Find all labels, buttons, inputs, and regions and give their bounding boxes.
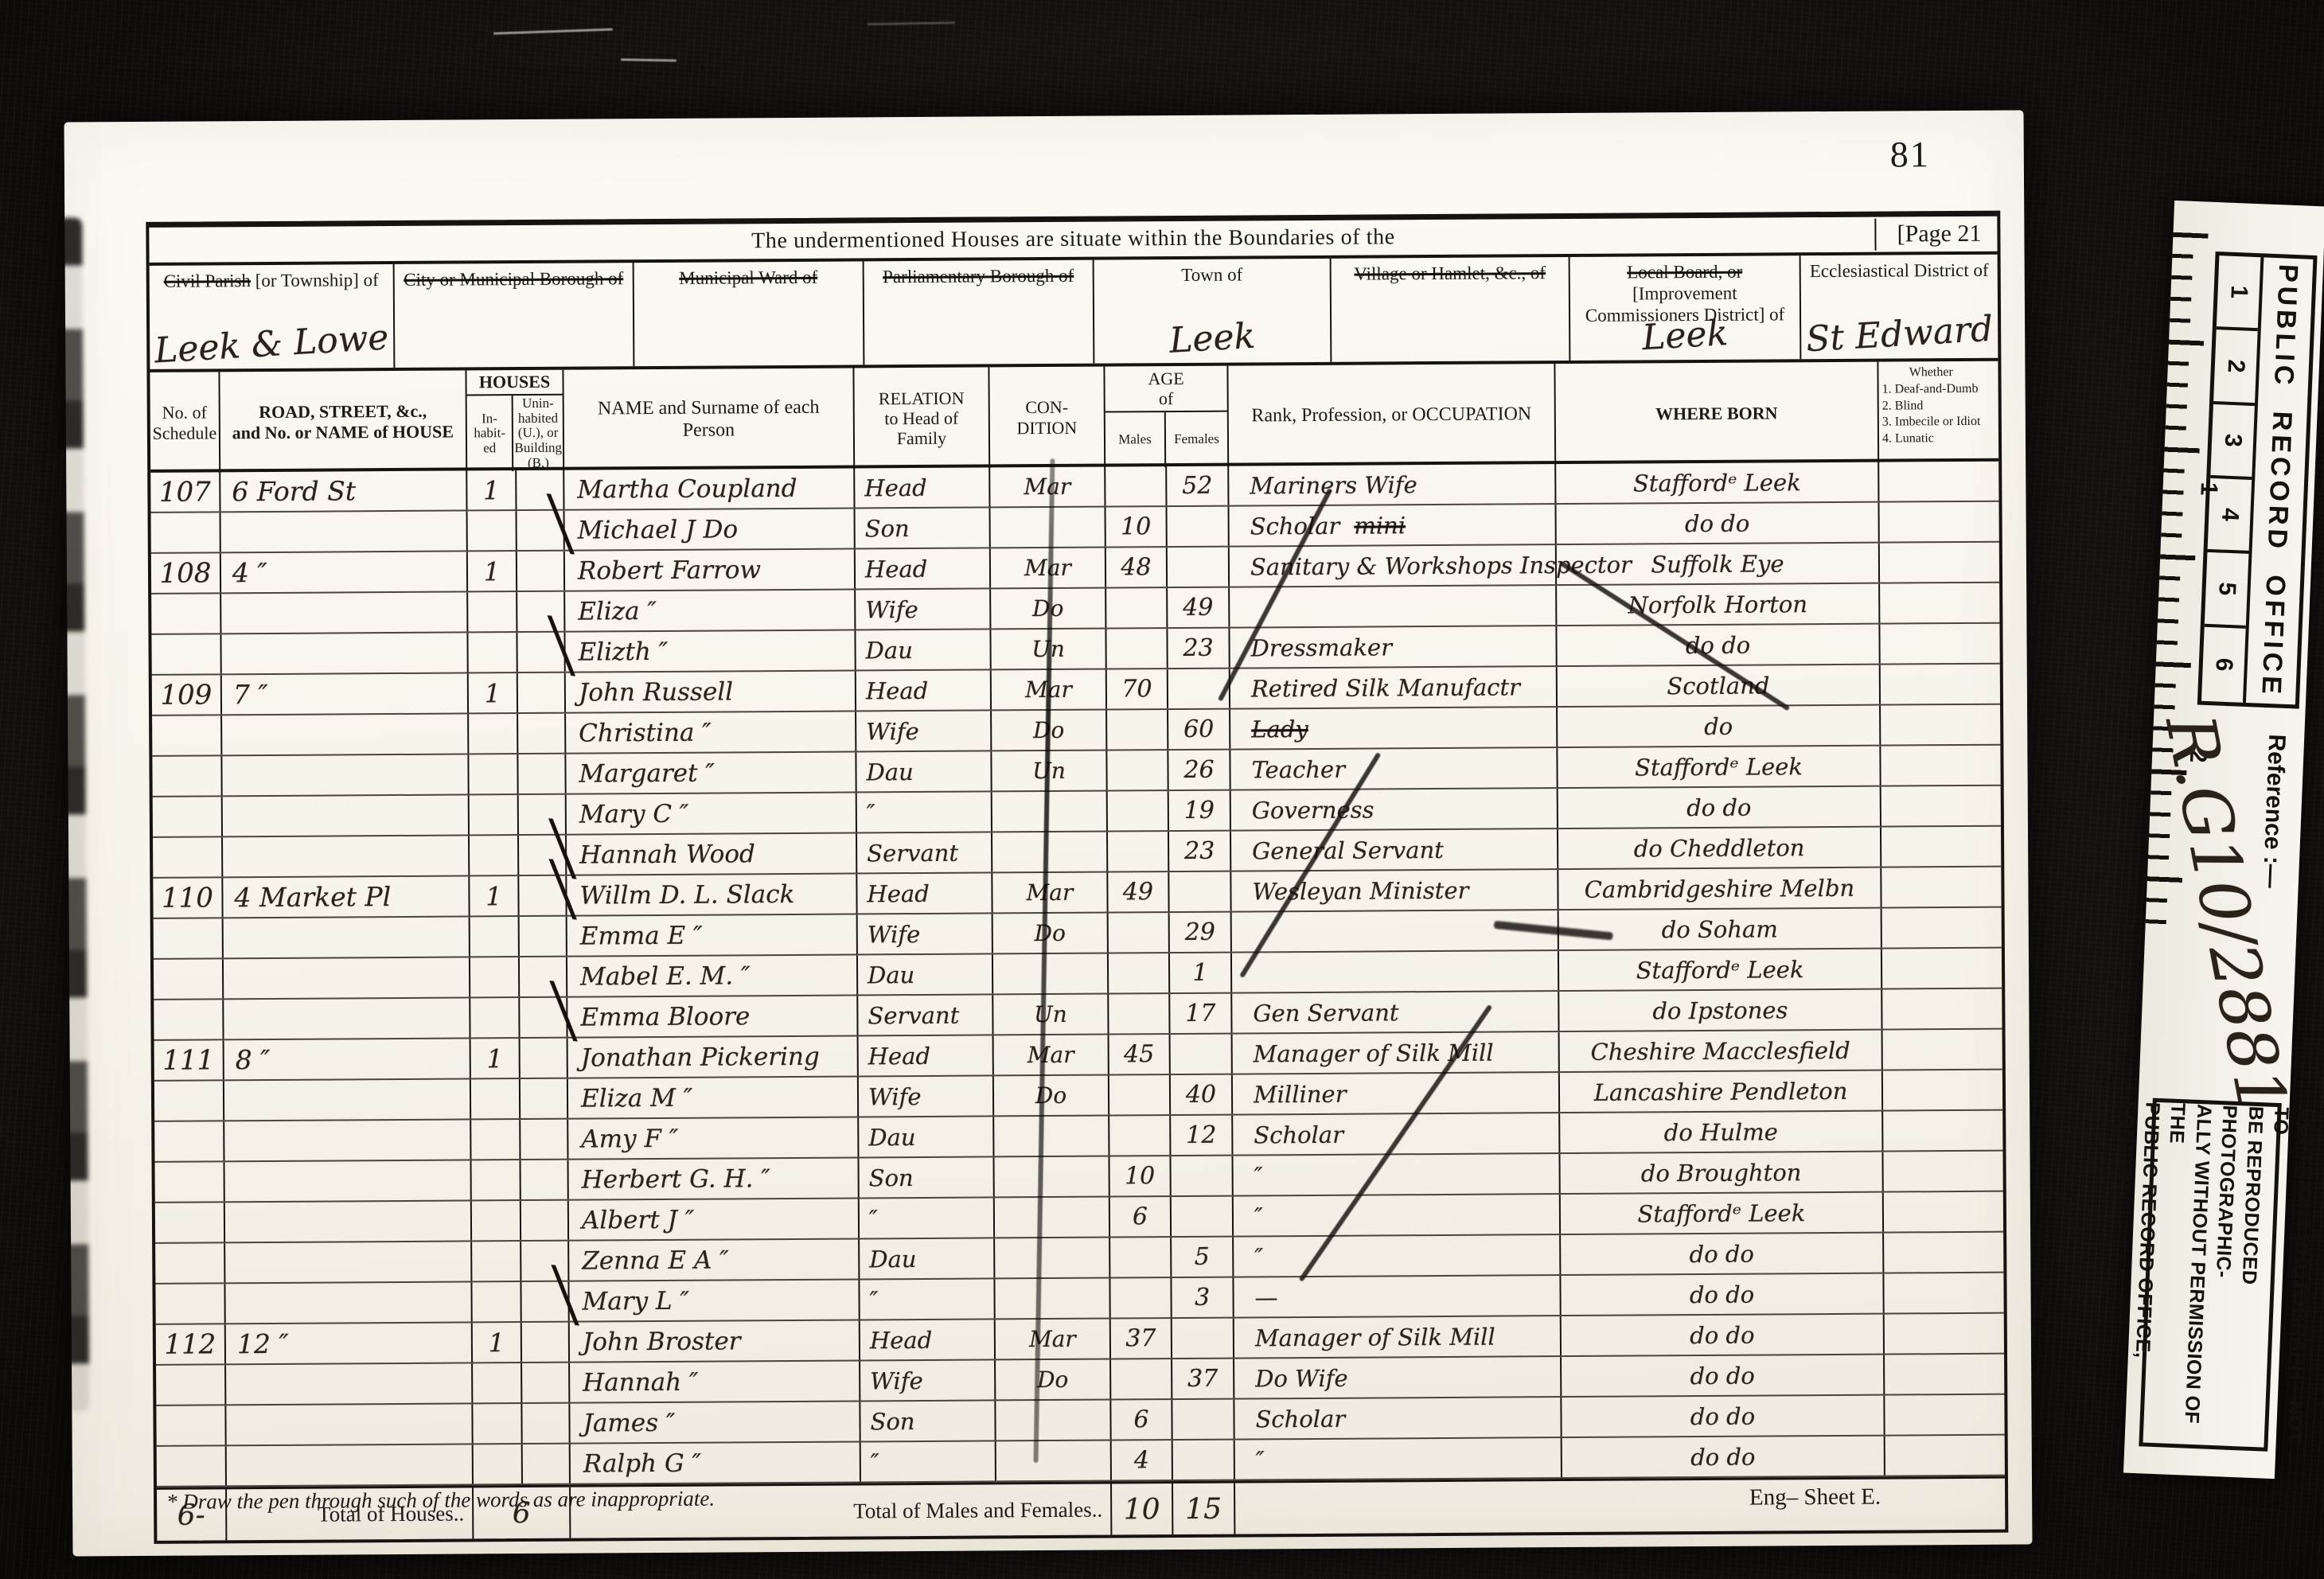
cell-disability	[1884, 1233, 2003, 1273]
cell-relation: Head	[856, 670, 992, 710]
cell-disability	[1881, 867, 2001, 907]
cell-schedule	[154, 1000, 224, 1039]
cell-road	[224, 1079, 471, 1120]
cell-age-male	[1111, 1359, 1172, 1398]
field-value	[635, 356, 864, 369]
cell-person-name: Eliza ″	[565, 590, 856, 630]
cell-uninhabited	[521, 1120, 568, 1159]
cell-age-male	[1106, 588, 1168, 627]
cell-inhabited	[473, 1404, 522, 1443]
cell-person-name: Robert Farrow	[565, 549, 856, 590]
cell-occupation: Wesleyan Minister	[1231, 870, 1558, 911]
cell-occupation: ″	[1234, 1195, 1561, 1236]
cell-schedule: 110	[153, 878, 223, 918]
cell-disability	[1883, 1030, 2002, 1070]
census-page: 81 The undermentioned Houses are situate…	[64, 110, 2033, 1556]
cell-occupation: —	[1234, 1276, 1561, 1317]
cell-uninhabited	[517, 552, 565, 591]
enumerator-slash-mark: ╲	[546, 985, 580, 1037]
cell-where-born: do Ipstones	[1559, 990, 1882, 1031]
cell-person-name: Hannah ″	[570, 1361, 860, 1402]
cell-where-born: do do	[1561, 1274, 1884, 1315]
cell-inhabited: 1	[468, 552, 517, 591]
cell-disability	[1880, 543, 1999, 583]
form-frame: The undermentioned Houses are situate wi…	[146, 211, 2008, 1544]
cell-relation: Dau	[856, 751, 992, 791]
header-road: ROAD, STREET, &c., and No. or NAME of HO…	[220, 370, 467, 473]
cell-condition	[993, 954, 1109, 994]
cell-condition: Do	[994, 1076, 1109, 1116]
cell-age-female: 60	[1168, 710, 1230, 749]
cell-uninhabited	[518, 673, 566, 712]
enumerator-slash-mark: ╲	[544, 620, 579, 672]
cell-schedule: 111	[154, 1040, 224, 1080]
cell-inhabited	[468, 511, 517, 550]
cell-inhabited	[468, 592, 517, 631]
cell-age-female	[1171, 1035, 1233, 1074]
cell-person-name: John Russell	[566, 671, 856, 712]
field-value	[1332, 351, 1569, 365]
cell-person-name: ╲Michael J Do	[565, 509, 856, 549]
cell-age-male: 45	[1109, 1035, 1171, 1074]
cell-schedule	[154, 1081, 224, 1121]
cell-where-born: do do	[1562, 1315, 1885, 1355]
cell-occupation: ″	[1234, 1235, 1561, 1277]
cell-road: 8 ″	[224, 1039, 471, 1079]
cell-occupation	[1232, 951, 1559, 992]
cell-person-name: ╲Willm D. L. Slack	[567, 874, 857, 914]
cell-schedule	[151, 513, 221, 552]
cell-age-female	[1173, 1441, 1235, 1480]
cell-road	[226, 1404, 473, 1444]
cell-person-name: Albert J ″	[569, 1199, 860, 1239]
cell-schedule	[154, 1121, 224, 1161]
cell-person-name: Christina ″	[566, 712, 856, 752]
cell-schedule	[156, 1406, 226, 1445]
cell-relation: Dau	[856, 630, 991, 669]
cell-schedule	[155, 1162, 225, 1202]
cell-inhabited	[470, 836, 519, 875]
cell-uninhabited	[522, 1323, 570, 1362]
cell-age-male: 48	[1106, 548, 1168, 587]
cell-age-female	[1169, 872, 1231, 911]
cell-disability	[1881, 665, 2000, 704]
cell-inhabited: 1	[469, 673, 518, 712]
cell-age-female	[1172, 1197, 1234, 1236]
cell-inhabited	[472, 1282, 521, 1321]
enumerator-slash-mark: ╲	[545, 864, 579, 915]
totals-empty	[1235, 1479, 2005, 1534]
cell-disability	[1885, 1355, 2004, 1394]
cell-disability	[1884, 1273, 2003, 1313]
cell-age-male	[1106, 629, 1168, 668]
cell-age-male	[1110, 1238, 1172, 1277]
folio-number: 81	[1890, 133, 1930, 175]
cell-occupation: ″	[1235, 1438, 1562, 1480]
cell-person-name: Herbert G. H. ″	[568, 1158, 859, 1199]
cell-where-born: do Hulme	[1560, 1112, 1883, 1152]
header-males: Males	[1105, 412, 1166, 468]
cell-road: 4 Market Pl	[223, 876, 470, 917]
cell-age-female	[1168, 548, 1230, 587]
cell-occupation: Manager of Silk Mill	[1233, 1032, 1560, 1074]
cell-age-male	[1107, 710, 1168, 749]
cell-where-born: do do	[1562, 1355, 1885, 1396]
field-village-hamlet: Village or Hamlet, &c., of	[1332, 257, 1571, 362]
cell-disability	[1883, 1070, 2002, 1110]
cell-where-born: do do	[1558, 787, 1881, 828]
cell-where-born: Scotland	[1558, 665, 1881, 706]
cell-condition: Mar	[994, 1035, 1109, 1075]
cell-person-name: Jonathan Pickering	[568, 1036, 859, 1077]
cell-inhabited	[470, 998, 520, 1037]
cell-inhabited	[472, 1201, 521, 1240]
cell-age-female: 1	[1170, 953, 1232, 992]
field-label: Town of	[1181, 264, 1242, 284]
cell-age-male	[1109, 1116, 1171, 1155]
cell-condition: Un	[993, 995, 1109, 1035]
cell-age-male	[1107, 751, 1168, 789]
cell-person-name: Amy F ″	[568, 1117, 859, 1158]
cell-person-name: ╲Elizth ″	[565, 630, 856, 671]
sheet-label: Eng– Sheet E.	[1749, 1484, 1881, 1511]
cell-schedule	[154, 959, 224, 999]
cell-road	[221, 511, 468, 552]
cell-schedule: 107	[150, 472, 220, 512]
header-age: AGE of	[1105, 366, 1226, 413]
cell-relation: Wife	[856, 589, 991, 629]
cell-occupation: Do Wife	[1234, 1357, 1562, 1398]
cell-person-name: James ″	[570, 1402, 860, 1442]
pro-cell-number: 6	[2201, 626, 2246, 702]
cell-relation: ″	[861, 1441, 996, 1481]
cell-road	[226, 1363, 473, 1404]
cell-condition: Mar	[996, 1320, 1111, 1359]
cell-disability	[1881, 705, 2000, 745]
form-title: The undermentioned Houses are situate wi…	[751, 224, 1395, 254]
field-value	[865, 354, 1094, 368]
cell-schedule	[157, 1446, 227, 1486]
cell-person-name: ╲Hannah Wood	[567, 833, 857, 874]
cell-road	[222, 714, 469, 754]
cell-relation: ″	[857, 792, 992, 832]
cell-person-name: Mabel E. M. ″	[567, 955, 858, 996]
cell-occupation: Manager of Silk Mill	[1234, 1316, 1562, 1358]
cell-age-male	[1108, 832, 1169, 871]
cell-relation: Dau	[858, 954, 993, 994]
cell-schedule	[155, 1284, 225, 1324]
cell-disability	[1881, 746, 2000, 786]
cell-age-male	[1109, 913, 1170, 952]
cell-schedule	[153, 797, 223, 836]
header-condition: CON- DITION	[989, 367, 1105, 469]
cell-age-female	[1168, 669, 1230, 708]
header-houses-group: HOUSES In- habit- ed Unin- habited (U.),…	[466, 370, 564, 472]
cell-schedule	[152, 715, 222, 755]
cell-road	[225, 1160, 472, 1201]
cell-inhabited: 1	[473, 1323, 522, 1362]
cell-occupation: ″	[1233, 1154, 1560, 1195]
cell-where-born: do Broughton	[1560, 1152, 1883, 1193]
cell-disability	[1883, 1152, 2002, 1191]
cell-uninhabited	[521, 1039, 568, 1078]
field-value: Leek	[1094, 311, 1332, 366]
cell-disability	[1882, 989, 2002, 1029]
field-label-struck: Village or Hamlet, &c., of	[1354, 263, 1546, 283]
cell-age-female: 29	[1170, 913, 1232, 952]
page-number-label: [Page 21	[1874, 218, 1992, 251]
header-occupation: Rank, Profession, or OCCUPATION	[1228, 364, 1556, 467]
cell-age-male: 4	[1112, 1441, 1173, 1480]
cell-occupation: Milliner	[1233, 1073, 1560, 1114]
cell-age-female	[1171, 1156, 1233, 1195]
cell-age-male	[1110, 1278, 1172, 1317]
total-males-value: 10	[1112, 1483, 1173, 1534]
cell-where-born: do Soham	[1559, 909, 1882, 949]
field-ecclesiastical-district: Ecclesiastical District of St Edward	[1801, 255, 1998, 360]
cell-inhabited	[472, 1242, 521, 1281]
cell-where-born: Staffordᵉ Leek	[1558, 747, 1881, 787]
cell-person-name: Ralph G ″	[571, 1442, 861, 1483]
cell-age-female: 49	[1168, 588, 1230, 627]
header-disability-whether: Whether	[1881, 365, 1980, 382]
cell-schedule	[151, 594, 221, 634]
cell-occupation: Scholar	[1234, 1398, 1562, 1439]
cell-relation: Head	[860, 1320, 996, 1359]
total-females-value: 15	[1173, 1483, 1235, 1534]
cell-age-male: 37	[1111, 1319, 1172, 1358]
header-born: WHERE BORN	[1555, 362, 1879, 466]
cell-relation: Son	[859, 1157, 994, 1197]
table-body: 1076 Ford St1Martha CouplandHeadMar52Mar…	[150, 462, 2005, 1487]
cell-person-name: Mary C ″	[567, 793, 857, 833]
cell-person-name: Margaret ″	[566, 752, 856, 793]
cell-relation: Wife	[860, 1360, 996, 1400]
cell-road	[223, 836, 470, 876]
cell-road	[221, 633, 468, 673]
cell-age-female: 3	[1172, 1278, 1234, 1317]
cell-relation: ″	[860, 1279, 995, 1319]
cell-condition	[995, 1279, 1110, 1319]
cell-where-born: Staffordᵉ Leek	[1559, 949, 1882, 990]
cell-inhabited	[470, 957, 520, 996]
cell-inhabited: 1	[471, 1039, 521, 1078]
locality-fields: Civil Parish [or Township] of Leek & Low…	[150, 255, 1998, 372]
cell-age-female: 23	[1168, 629, 1230, 668]
cell-uninhabited	[522, 1404, 570, 1443]
field-label-struck: Local Board, or	[1627, 262, 1742, 283]
cell-disability	[1885, 1436, 2005, 1476]
cell-condition: Do	[996, 1360, 1111, 1400]
cell-where-born: Cheshire Macclesfield	[1560, 1031, 1883, 1071]
cell-age-male: 10	[1106, 507, 1168, 546]
cell-road	[224, 957, 470, 998]
cell-age-male	[1109, 1075, 1171, 1114]
cell-relation: Son	[856, 508, 991, 548]
cell-occupation: Lady	[1230, 708, 1558, 749]
cell-occupation: Retired Silk Manufactr	[1230, 667, 1558, 708]
header-name: NAME and Surname of each Person	[563, 368, 855, 471]
cell-schedule	[152, 756, 222, 796]
header-females: Females	[1166, 412, 1227, 468]
cell-uninhabited	[520, 917, 567, 956]
field-value: St Edward	[1800, 308, 1999, 361]
cell-schedule	[156, 1365, 226, 1405]
cell-person-name: John Broster	[570, 1320, 860, 1361]
cell-disability	[1880, 624, 1999, 664]
cell-relation: Wife	[856, 711, 992, 751]
cell-inhabited	[473, 1363, 522, 1402]
cell-age-male: 6	[1111, 1400, 1172, 1439]
cell-age-female	[1167, 507, 1229, 546]
cell-occupation: Scholar	[1233, 1113, 1560, 1155]
table-header-row: No. of Schedule ROAD, STREET, &c., and N…	[150, 361, 1998, 473]
copyright-box: COPYRIGHT PHOTOGRAPH—NOT TO BE REPRODUCE…	[2139, 1098, 2281, 1452]
field-label-struck: Municipal Ward of	[679, 267, 817, 288]
field-town: Town of Leek	[1094, 259, 1332, 364]
cell-disability	[1879, 462, 1998, 501]
cell-road	[221, 592, 468, 633]
cell-relation: Dau	[860, 1238, 995, 1278]
cell-inhabited	[471, 1120, 521, 1159]
field-municipal-ward: Municipal Ward of	[634, 261, 865, 366]
cell-where-born: Cambridgeshire Melbn	[1558, 868, 1881, 909]
cell-disability	[1881, 786, 2001, 826]
cell-road: 12 ″	[226, 1323, 473, 1363]
cell-age-female: 37	[1172, 1359, 1234, 1398]
header-age-group: AGE of Males Females	[1105, 366, 1229, 468]
cell-relation: ″	[860, 1198, 995, 1238]
cell-schedule	[151, 634, 221, 674]
cell-condition	[992, 792, 1108, 832]
cell-occupation: General Servant	[1231, 829, 1558, 871]
cell-inhabited: 1	[467, 470, 517, 509]
cell-person-name: Zenna E A ″	[569, 1239, 860, 1280]
cell-condition	[994, 1157, 1109, 1197]
cell-inhabited: 1	[470, 876, 519, 915]
cell-schedule: 109	[152, 675, 222, 715]
cell-relation: Servant	[858, 995, 993, 1035]
header-disability: Whether 1. Deaf-and-Dumb 2. Blind 3. Imb…	[1878, 361, 1998, 463]
cell-person-name: Eliza M ″	[568, 1077, 859, 1117]
cell-inhabited	[471, 1079, 521, 1118]
cell-where-born: Suffolk Eye	[1557, 544, 1880, 584]
cell-uninhabited	[521, 1079, 568, 1118]
cell-occupation: Gen Servant	[1232, 992, 1559, 1033]
cell-relation: Dau	[859, 1117, 994, 1156]
cell-condition	[995, 1198, 1110, 1238]
copyright-text: COPYRIGHT PHOTOGRAPH—NOT TO BE REPRODUCE…	[2100, 1101, 2321, 1449]
field-civil-parish: Civil Parish [or Township] of Leek & Low…	[150, 264, 396, 369]
cell-disability	[1882, 908, 2002, 948]
cell-inhabited	[471, 1160, 521, 1199]
cell-age-female: 5	[1172, 1238, 1234, 1277]
cell-road: 4 ″	[221, 552, 468, 592]
cell-relation: Head	[856, 548, 991, 588]
cell-road	[227, 1444, 474, 1485]
cell-schedule: 112	[156, 1324, 226, 1364]
cell-disability	[1884, 1192, 2003, 1232]
cell-where-born: do do	[1561, 1234, 1884, 1274]
cell-where-born: do	[1558, 706, 1881, 747]
cell-disability	[1881, 827, 2001, 867]
cell-where-born: do Cheddleton	[1558, 828, 1881, 868]
cell-age-female: 23	[1169, 832, 1231, 871]
cell-road	[222, 754, 469, 795]
cell-inhabited	[469, 754, 518, 793]
cell-road	[225, 1242, 472, 1282]
field-value	[396, 357, 633, 370]
cell-inhabited	[470, 917, 520, 956]
cell-uninhabited	[521, 1160, 568, 1199]
cell-occupation: Mariners Wife	[1229, 464, 1556, 505]
cell-disability	[1880, 583, 1999, 623]
cell-occupation: Sanitary & Workshops Inspector	[1230, 545, 1557, 587]
header-disability-list: 1. Deaf-and-Dumb 2. Blind 3. Imbecile or…	[1882, 382, 1981, 446]
cell-road: 6 Ford St	[220, 470, 467, 511]
cell-relation: Son	[860, 1401, 996, 1441]
cell-age-female: 52	[1167, 466, 1229, 505]
cell-age-female: 26	[1168, 751, 1230, 789]
cell-where-born: Staffordᵉ Leek	[1556, 462, 1879, 503]
cell-occupation: Governess	[1231, 789, 1558, 830]
cell-schedule	[153, 837, 223, 877]
cell-disability	[1879, 502, 1998, 542]
cell-condition: Mar	[990, 467, 1105, 507]
cell-road	[224, 1120, 471, 1160]
pro-cell-number: 3	[2210, 404, 2255, 480]
field-value: Leek & Lowe	[149, 317, 395, 372]
cell-where-born: Lancashire Pendleton	[1560, 1071, 1883, 1112]
cell-uninhabited	[521, 1201, 569, 1240]
census-table: No. of Schedule ROAD, STREET, &c., and N…	[150, 361, 2005, 1541]
cell-age-male	[1109, 953, 1170, 992]
cell-road	[223, 795, 470, 836]
cell-where-born: do do	[1557, 625, 1880, 665]
cell-condition	[994, 1117, 1109, 1156]
pro-cell-number: 1	[2217, 255, 2261, 331]
cell-age-male: 10	[1109, 1156, 1171, 1195]
header-schedule: No. of Schedule	[150, 372, 220, 474]
cell-road	[224, 917, 470, 957]
cell-relation: Head	[857, 873, 992, 913]
field-label-struck: Civil Parish	[164, 271, 251, 291]
cell-relation: Servant	[857, 832, 992, 872]
cell-relation: Head	[855, 467, 990, 507]
reference-label: Reference :—	[2257, 734, 2291, 889]
cell-road: 7 ″	[222, 673, 469, 714]
cell-inhabited	[470, 795, 519, 834]
cell-age-female: 17	[1170, 994, 1232, 1033]
field-municipal-borough: City or Municipal Borough of	[395, 263, 635, 368]
field-label-struck: Parliamentary Borough of	[883, 266, 1074, 287]
cell-condition	[995, 1238, 1110, 1278]
cell-condition	[996, 1401, 1111, 1441]
cell-disability	[1885, 1395, 2004, 1435]
cell-where-born: do do	[1562, 1396, 1885, 1437]
cell-age-female	[1172, 1400, 1234, 1439]
field-label-struck: City or Municipal Borough of	[404, 268, 623, 290]
cell-disability	[1882, 949, 2002, 988]
cell-where-born: do do	[1556, 503, 1879, 544]
footnote: * Draw the pen through such of the words…	[166, 1487, 715, 1515]
cell-uninhabited	[518, 754, 566, 793]
cell-age-male: 70	[1107, 669, 1168, 708]
cell-age-male: 49	[1108, 872, 1169, 911]
field-parliamentary-borough: Parliamentary Borough of	[864, 260, 1095, 365]
cell-age-female	[1172, 1319, 1234, 1358]
cell-road	[224, 998, 470, 1039]
